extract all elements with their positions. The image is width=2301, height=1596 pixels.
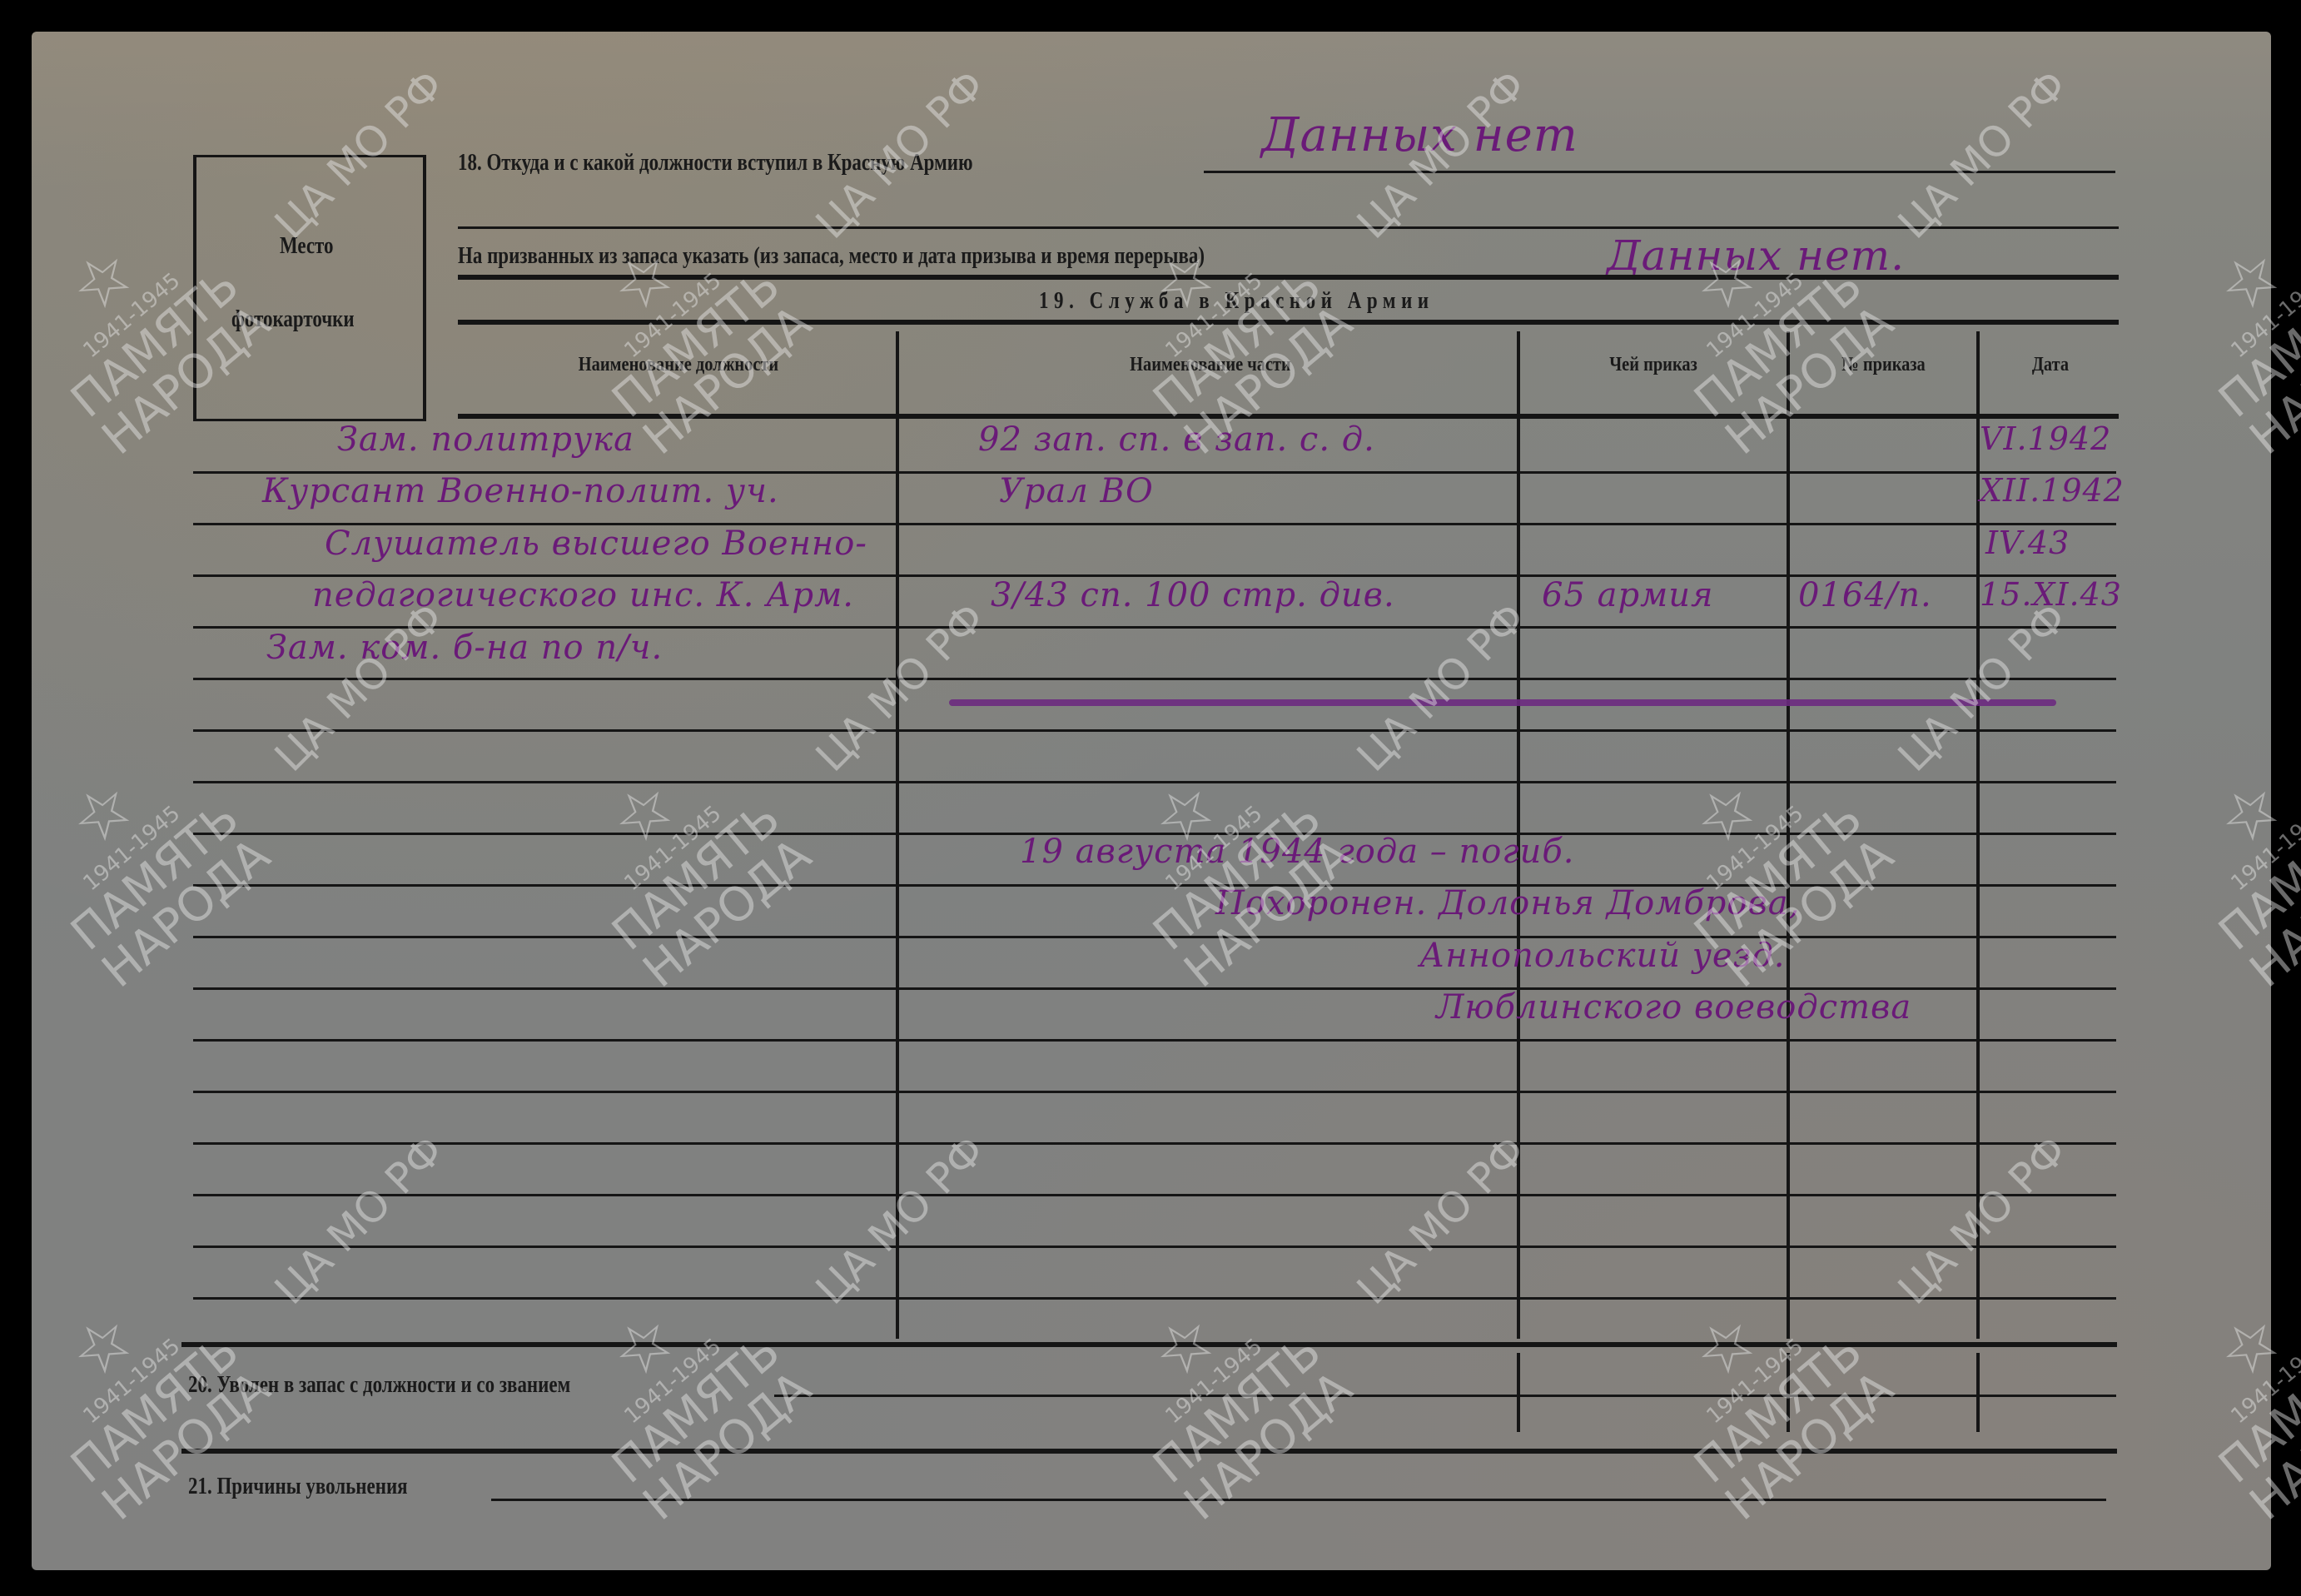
reserve-label: На призванных из запаса указать (из запа…	[458, 243, 1205, 270]
row4-order-by: 65 армия	[1542, 576, 1713, 614]
rule	[193, 729, 2116, 732]
field18-line2	[458, 226, 2119, 229]
field18-value: Данных нет	[1261, 108, 1578, 162]
field18-line	[1204, 171, 2115, 173]
row2-date: XII.1942	[1980, 472, 2125, 509]
rule	[193, 678, 2116, 680]
col-header-order-by: Чей приказ	[1540, 354, 1767, 376]
header-bottom-line	[458, 414, 2119, 419]
section19-title: 19. Служба в Красной Армии	[1039, 288, 1434, 315]
note-line3: Аннопольский уезд.	[1419, 937, 1785, 975]
rule	[193, 884, 2116, 887]
col-header-position: Наименование должности	[491, 354, 867, 376]
field20-label: 20. Уволен в запас с должности и со зван…	[188, 1372, 570, 1399]
rule	[193, 936, 2116, 938]
reserve-line	[458, 275, 2119, 280]
row4-unit: 3/43 сп. 100 стр. див.	[991, 576, 1395, 614]
rule	[193, 1142, 2116, 1145]
note-line2: Похоронен. Долонья Домброва,	[1215, 884, 1800, 922]
section19-title-line	[458, 320, 2119, 325]
col-header-date: Дата	[1990, 354, 2111, 376]
row4-position: педагогического инс. К. Арм.	[312, 576, 854, 614]
field21-label: 21. Причины увольнения	[188, 1474, 408, 1500]
field20-divider-2	[1787, 1353, 1790, 1432]
rule	[193, 1039, 2116, 1042]
row4-date: 15.XI.43	[1980, 576, 2122, 613]
note-line4: Люблинского воеводства	[1436, 988, 1911, 1027]
note-line1: 19 августа 1944 года – погиб.	[1020, 833, 1574, 871]
row3-date: IV.43	[1985, 525, 2070, 561]
rule	[193, 1194, 2116, 1196]
row1-date: VI.1942	[1980, 420, 2111, 457]
row5-position: Зам. ком. б-на по п/ч.	[266, 629, 663, 667]
col-header-order-no: № приказа	[1804, 354, 1963, 376]
field20-line	[774, 1395, 2116, 1397]
row2-unit: Урал ВО	[999, 472, 1154, 510]
row3-position: Слушатель высшего Военно-	[325, 525, 867, 563]
reserve-value: Данных нет.	[1607, 231, 1905, 280]
field20-divider-3	[1976, 1353, 1980, 1432]
table-bottom-line	[181, 1342, 2117, 1347]
rule	[193, 781, 2116, 783]
ink-closing-stroke	[949, 699, 2056, 706]
col-divider-1	[896, 331, 899, 1339]
photo-label-line2: фотокарточки	[231, 306, 355, 333]
row4-order-no: 0164/п.	[1798, 576, 1932, 614]
rule	[193, 1297, 2116, 1300]
row1-unit: 92 зап. сп. в зап. с. д.	[978, 420, 1375, 459]
field20-divider-1	[1517, 1353, 1520, 1432]
photo-placeholder-box	[193, 155, 426, 421]
field18-label: 18. Откуда и с какой должности вступил в…	[458, 150, 972, 177]
rule	[193, 1091, 2116, 1093]
col-divider-3	[1787, 331, 1790, 1339]
field20-bottom-line	[181, 1449, 2117, 1454]
rule	[193, 1245, 2116, 1248]
row1-position: Зам. политрука	[337, 420, 634, 459]
photo-label-line1: Место	[280, 233, 333, 260]
row2-position: Курсант Военно-полит. уч.	[262, 472, 779, 510]
col-header-unit: Наименование части	[949, 354, 1473, 376]
field21-line	[491, 1499, 2106, 1501]
